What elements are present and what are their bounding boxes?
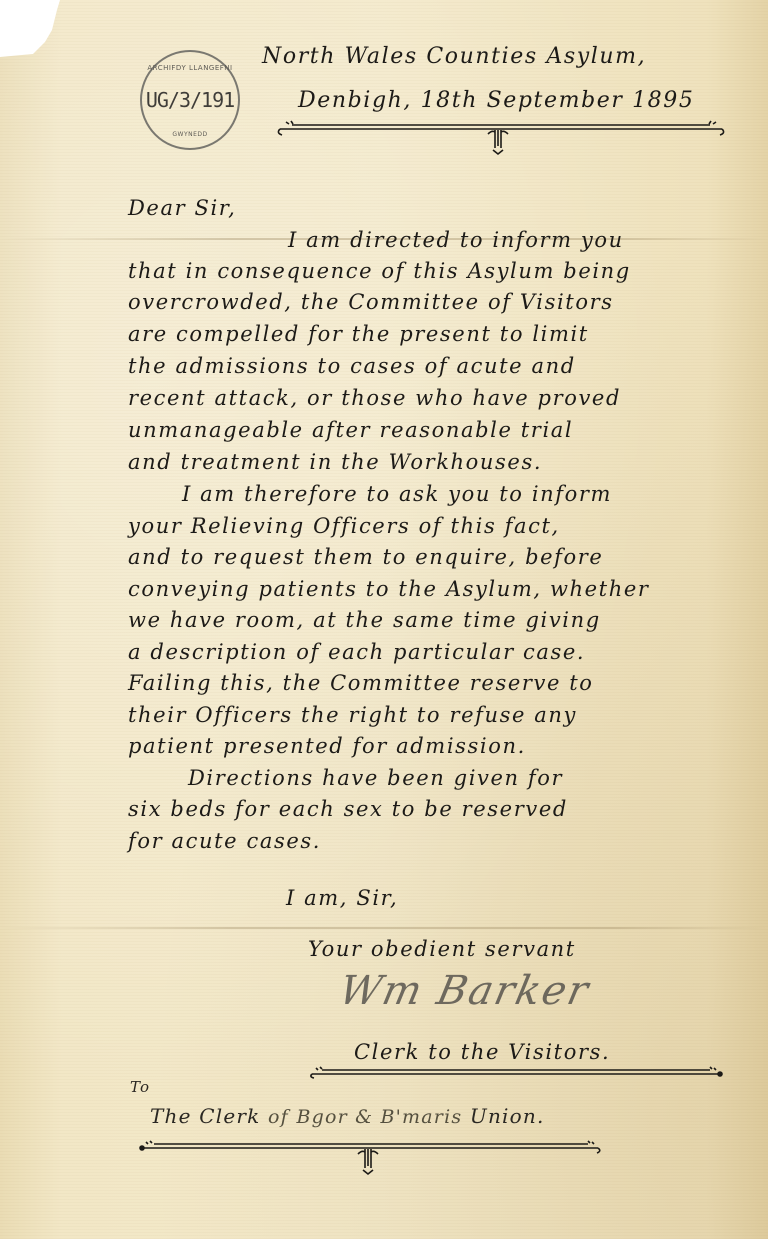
addressee-prefix: To	[130, 1078, 150, 1096]
ornamental-rule-top	[270, 116, 732, 156]
letter-line: unmanageable after reasonable trial	[128, 418, 573, 442]
letter-line: patient presented for admission.	[128, 734, 526, 758]
ornamental-rule-bottom	[136, 1138, 608, 1178]
letter-line: for acute cases.	[128, 829, 321, 853]
paper-fold-line	[0, 927, 768, 929]
letter-page: ARCHIFDY LLANGEFNI UG/3/191 GWYNEDD Nort…	[0, 0, 768, 1239]
closing: I am, Sir,	[286, 886, 398, 910]
letter-line: six beds for each sex to be reserved	[128, 797, 568, 821]
letter-line: your Relieving Officers of this fact,	[128, 514, 560, 538]
addressee-printed-suffix: Union.	[470, 1104, 545, 1128]
addressee-handwritten-part: Bgor & B'maris	[296, 1106, 462, 1128]
letter-line: the admissions to cases of acute and	[128, 354, 576, 378]
salutation: Dear Sir,	[128, 196, 236, 220]
stamp-county: GWYNEDD	[142, 131, 238, 138]
letter-line: are compelled for the present to limit	[128, 322, 589, 346]
valediction: Your obedient servant	[308, 937, 576, 961]
letter-line: Directions have been given for	[188, 766, 563, 790]
stamp-archive-name: ARCHIFDY LLANGEFNI	[142, 64, 238, 72]
addressee-of: of	[268, 1106, 289, 1128]
letter-line: Failing this, the Committee reserve to	[128, 671, 594, 695]
letter-line: and to request them to enquire, before	[128, 545, 603, 569]
letterhead-institution: North Wales Counties Asylum,	[262, 44, 646, 69]
archive-stamp: ARCHIFDY LLANGEFNI UG/3/191 GWYNEDD	[140, 50, 240, 150]
letter-line: that in consequence of this Asylum being	[128, 259, 631, 283]
addressee-printed-part: The Clerk	[150, 1104, 260, 1128]
letterhead-place-date: Denbigh, 18th September 1895	[298, 88, 694, 113]
letter-line: and treatment in the Workhouses.	[128, 450, 542, 474]
letter-line: overcrowded, the Committee of Visitors	[128, 290, 614, 314]
letter-line: I am therefore to ask you to inform	[182, 482, 612, 506]
letter-line: recent attack, or those who have proved	[128, 386, 621, 410]
stamp-reference: UG/3/191	[142, 88, 238, 112]
letter-line: a description of each particular case.	[128, 640, 585, 664]
letter-line: we have room, at the same time giving	[128, 608, 601, 632]
signatory-title: Clerk to the Visitors.	[354, 1040, 610, 1064]
addressee-line: The Clerk of Bgor & B'maris Union.	[150, 1104, 545, 1128]
letter-line: their Officers the right to refuse any	[128, 703, 577, 727]
letter-line: I am directed to inform you	[288, 228, 624, 252]
letter-line: conveying patients to the Asylum, whethe…	[128, 577, 650, 601]
ornamental-rule-signature	[306, 1064, 726, 1080]
signature: Wm Barker	[335, 968, 594, 1014]
